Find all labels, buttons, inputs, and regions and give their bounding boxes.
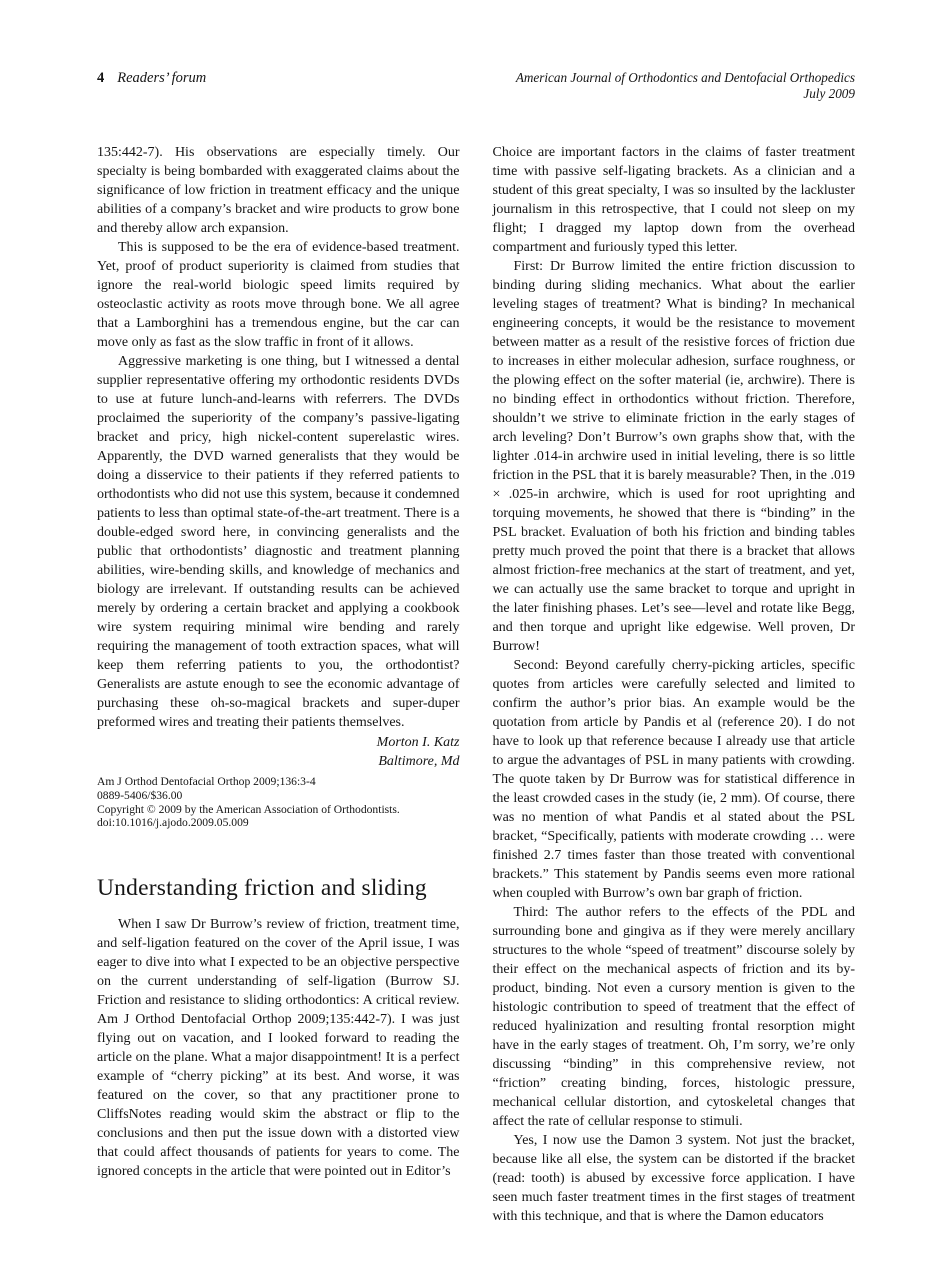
citation-line: Am J Orthod Dentofacial Orthop 2009;136:… <box>97 775 460 789</box>
running-head-left: 4Readers’ forum <box>97 70 206 87</box>
author-location: Baltimore, Md <box>97 752 460 771</box>
paragraph: When I saw Dr Burrow’s review of frictio… <box>97 915 460 1181</box>
right-column: Choice are important factors in the clai… <box>493 143 856 1226</box>
citation-line: Copyright © 2009 by the American Associa… <box>97 803 460 817</box>
journal-title: American Journal of Orthodontics and Den… <box>516 70 855 86</box>
signature-block: Morton I. Katz Baltimore, Md <box>97 733 460 771</box>
citation-block: Am J Orthod Dentofacial Orthop 2009;136:… <box>97 775 460 830</box>
paragraph: Yes, I now use the Damon 3 system. Not j… <box>493 1131 856 1226</box>
citation-line: doi:10.1016/j.ajodo.2009.05.009 <box>97 816 460 830</box>
running-head-right: American Journal of Orthodontics and Den… <box>516 70 855 101</box>
section-name: Readers’ forum <box>117 70 206 86</box>
citation-line: 0889-5406/$36.00 <box>97 789 460 803</box>
journal-page: 4Readers’ forum American Journal of Orth… <box>0 0 950 1272</box>
paragraph: Third: The author refers to the effects … <box>493 903 856 1131</box>
paragraph: Second: Beyond carefully cherry-picking … <box>493 656 856 903</box>
letter-title: Understanding friction and sliding <box>97 875 460 901</box>
paragraph: This is supposed to be the era of eviden… <box>97 238 460 352</box>
two-column-text: 135:442-7). His observations are especia… <box>97 143 855 1226</box>
left-column: 135:442-7). His observations are especia… <box>97 143 460 1226</box>
page-number: 4 <box>97 70 104 86</box>
paragraph: Choice are important factors in the clai… <box>493 143 856 257</box>
page-header: 4Readers’ forum American Journal of Orth… <box>97 70 855 101</box>
issue-date: July 2009 <box>516 86 855 102</box>
paragraph: Aggressive marketing is one thing, but I… <box>97 352 460 732</box>
author-name: Morton I. Katz <box>97 733 460 752</box>
paragraph: 135:442-7). His observations are especia… <box>97 143 460 238</box>
paragraph: First: Dr Burrow limited the entire fric… <box>493 257 856 656</box>
